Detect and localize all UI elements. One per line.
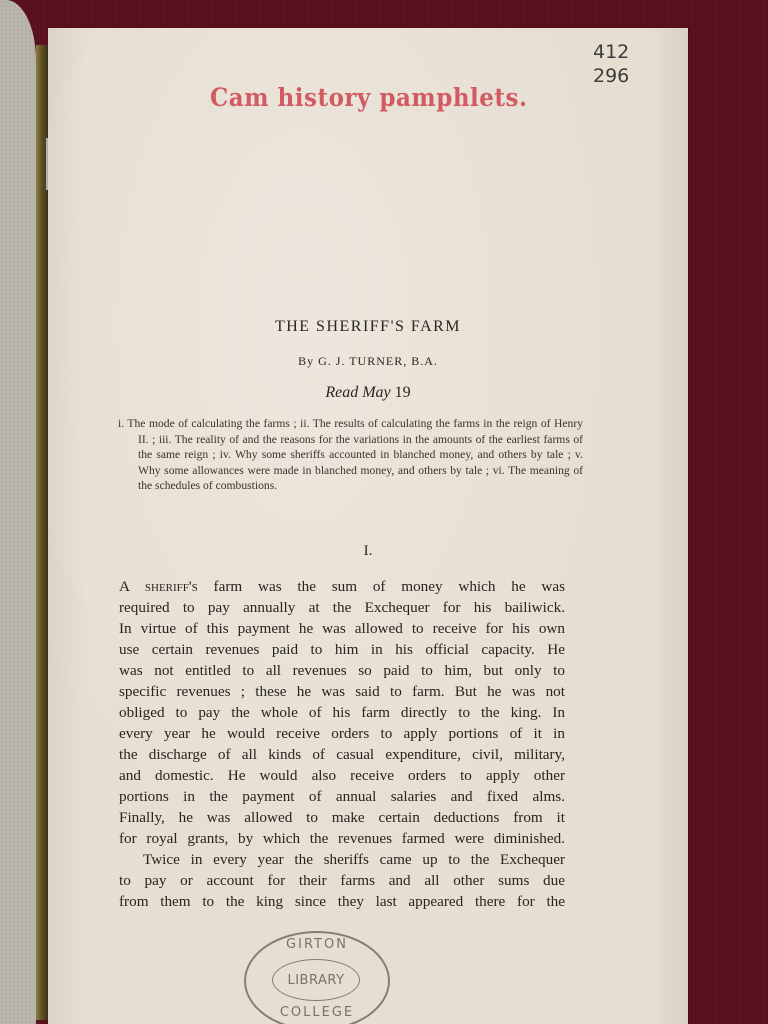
read-day: 19 [395, 384, 411, 401]
body-line: Twice in every year the sheriffs came up… [119, 849, 565, 870]
section-number: I. [48, 543, 688, 560]
body-line: from them to the king since they last ap… [119, 891, 565, 912]
read-label: Read May [325, 384, 390, 401]
body-line: to pay or account for their farms and al… [119, 870, 565, 891]
pamphlet-page: Cam history pamphlets. 412 296 THE SHERI… [48, 28, 688, 1024]
lead-rest: farm was the sum of money which he was [198, 578, 565, 595]
body-line: specific revenues ; these he was said to… [119, 681, 565, 702]
book-gutter [36, 45, 48, 1020]
shelfmark-line-2: 296 [593, 64, 629, 88]
lead-smallcaps: sheriff's [145, 578, 198, 595]
body-line: portions in the payment of annual salari… [119, 786, 565, 807]
library-stamp: GIRTON LIBRARY COLLEGE [244, 931, 390, 1024]
body-line: was not entitled to all revenues so paid… [119, 660, 565, 681]
body-line: every year he would receive orders to ap… [119, 723, 565, 744]
body-text: A sheriff's farm was the sum of money wh… [119, 576, 565, 912]
shelfmark-line-1: 412 [593, 40, 629, 64]
body-line: Finally, he was allowed to make certain … [119, 807, 565, 828]
stamp-bottom-text: COLLEGE [246, 1005, 388, 1020]
body-line: In virtue of this payment he was allowed… [119, 618, 565, 639]
body-line: obliged to pay the whole of his farm dir… [119, 702, 565, 723]
article-byline: By G. J. TURNER, B.A. [48, 354, 688, 369]
article-abstract: i. The mode of calculating the farms ; i… [118, 416, 583, 494]
facing-page-edge [0, 0, 36, 1024]
body-line: for royal grants, by which the revenues … [119, 828, 565, 849]
lead-letter: A [119, 578, 145, 595]
stamp-center-text: LIBRARY [287, 973, 344, 988]
shelfmark: 412 296 [593, 40, 629, 88]
body-line: and domestic. He would also receive orde… [119, 765, 565, 786]
stamp-inner-oval: LIBRARY [272, 959, 360, 1001]
stamp-top-text: GIRTON [246, 937, 388, 952]
series-title: Cam history pamphlets. [210, 83, 528, 113]
body-line: use certain revenues paid to him in his … [119, 639, 565, 660]
body-line: required to pay annually at the Excheque… [119, 597, 565, 618]
body-line: A sheriff's farm was the sum of money wh… [119, 576, 565, 597]
article-title: THE SHERIFF'S FARM [48, 318, 688, 336]
read-date: Read May 19 [48, 384, 688, 402]
body-line: the discharge of all kinds of casual exp… [119, 744, 565, 765]
